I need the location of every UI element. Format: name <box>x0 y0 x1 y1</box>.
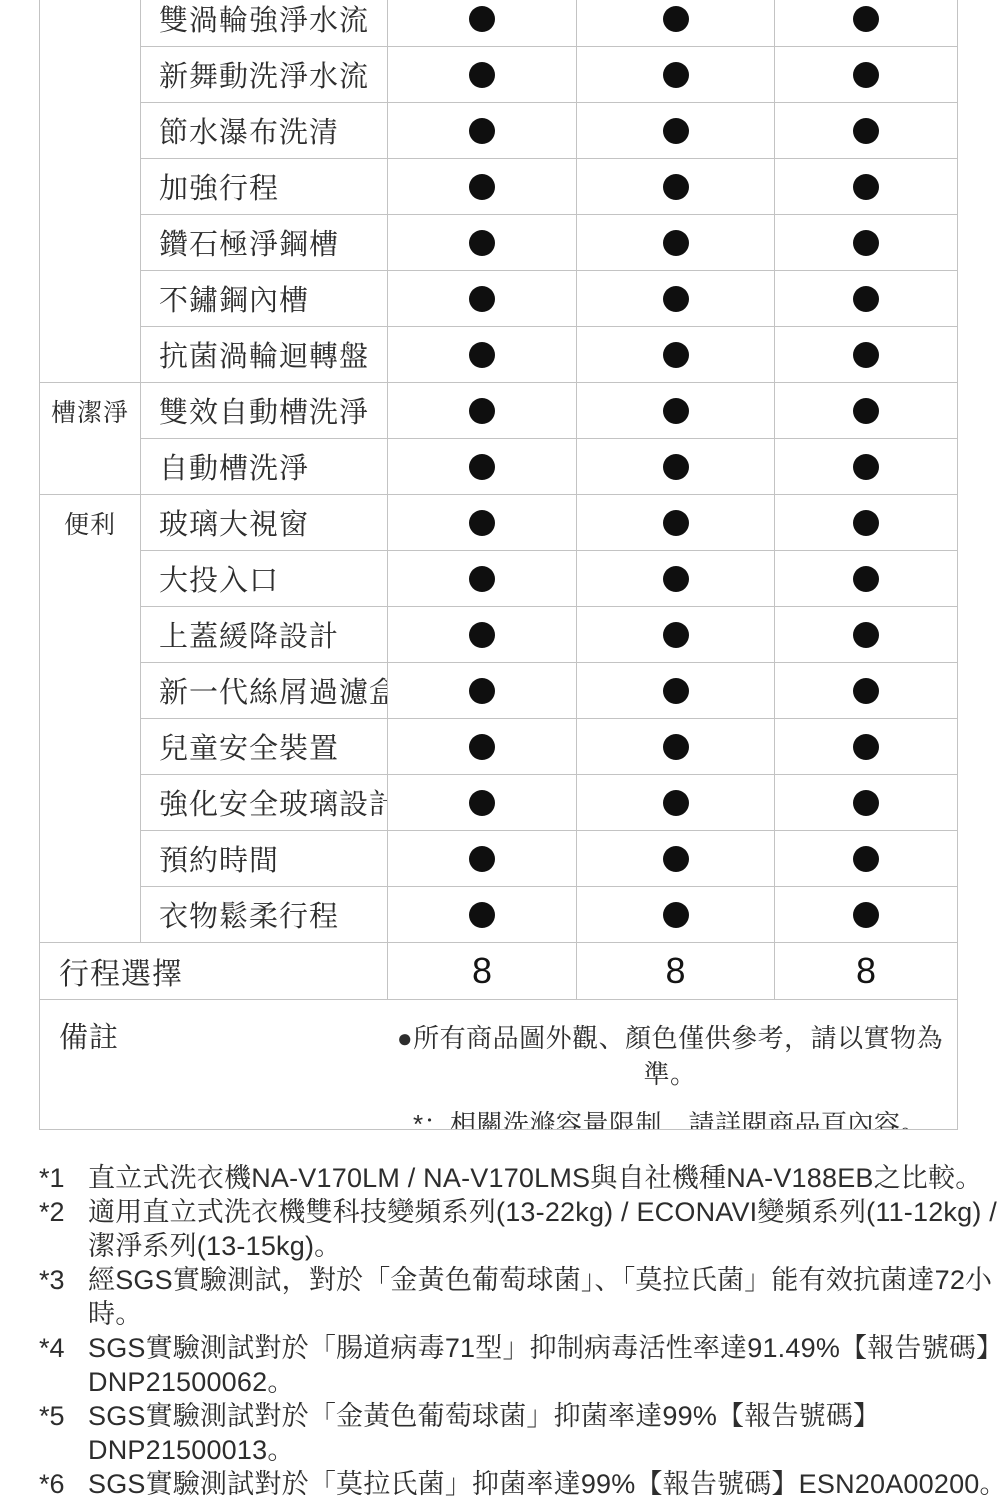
footnote-marker: *6 <box>39 1467 88 1500</box>
footnote-marker: *2 <box>39 1195 88 1263</box>
dot-cell <box>775 719 958 775</box>
feature-dot <box>663 118 689 144</box>
feature-dot <box>469 566 495 592</box>
feature-cell: 上蓋緩降設計 <box>141 607 388 663</box>
feature-cell: 預約時間 <box>141 831 388 887</box>
footnote-marker: *4 <box>39 1331 88 1399</box>
feature-cell: 強化安全玻璃設計 <box>141 775 388 831</box>
dot-cell <box>388 551 577 607</box>
footnote: *6SGS實驗測試對於「莫拉氏菌」抑菌率達99%【報告號碼】ESN20A0020… <box>39 1467 969 1500</box>
feature-dot <box>469 622 495 648</box>
footnote-line: SGS實驗測試對於「金黃色葡萄球菌」抑菌率達99%【報告號碼】 <box>88 1399 969 1433</box>
feature-dot <box>853 902 879 928</box>
dot-cell <box>775 103 958 159</box>
footnote-line: DNP21500062。 <box>88 1365 1000 1399</box>
feature-dot <box>853 678 879 704</box>
footnote-text: SGS實驗測試對於「莫拉氏菌」抑菌率達99%【報告號碼】ESN20A00200。 <box>88 1467 1000 1500</box>
dot-cell <box>388 607 577 663</box>
feature-dot <box>663 286 689 312</box>
footnote-marker: *1 <box>39 1161 88 1195</box>
dot-cell <box>775 383 958 439</box>
feature-cell: 衣物鬆柔行程 <box>141 887 388 943</box>
dot-cell <box>775 327 958 383</box>
feature-dot <box>853 230 879 256</box>
dot-cell <box>775 831 958 887</box>
footnote-text: SGS實驗測試對於「金黃色葡萄球菌」抑菌率達99%【報告號碼】DNP215000… <box>88 1399 969 1467</box>
footnote-line: 直立式洗衣機NA-V170LM / NA-V170LMS與自社機種NA-V188… <box>88 1161 982 1195</box>
feature-dot <box>853 454 879 480</box>
feature-cell: 大投入口 <box>141 551 388 607</box>
feature-dot <box>469 734 495 760</box>
dot-cell <box>577 103 775 159</box>
dot-cell <box>388 495 577 551</box>
feature-cell: 節水瀑布洗清 <box>141 103 388 159</box>
footnote-line: SGS實驗測試對於「腸道病毒71型」抑制病毒活性率達91.49%【報告號碼】 <box>88 1331 1000 1365</box>
program-count-value: 8 <box>577 943 775 1000</box>
dot-cell <box>388 0 577 47</box>
feature-dot <box>469 174 495 200</box>
dot-cell <box>577 159 775 215</box>
footnote-text: SGS實驗測試對於「腸道病毒71型」抑制病毒活性率達91.49%【報告號碼】DN… <box>88 1331 1000 1399</box>
feature-dot <box>853 62 879 88</box>
feature-cell: 新一代絲屑過濾盒 <box>141 663 388 719</box>
dot-cell <box>577 719 775 775</box>
feature-dot <box>853 118 879 144</box>
feature-cell: 抗菌渦輪迴轉盤 <box>141 327 388 383</box>
dot-cell <box>775 607 958 663</box>
feature-dot <box>853 286 879 312</box>
feature-dot <box>663 846 689 872</box>
feature-dot <box>663 678 689 704</box>
footnote-line: 潔淨系列(13-15kg)。 <box>88 1229 997 1263</box>
remarks-row: 備註●所有商品圖外觀、顏色僅供參考，請以實物為準。*：相關洗滌容量限制，請詳閱商… <box>40 1000 958 1130</box>
feature-dot <box>663 342 689 368</box>
footnote-line: SGS實驗測試對於「莫拉氏菌」抑菌率達99%【報告號碼】ESN20A00200。 <box>88 1467 1000 1500</box>
dot-cell <box>775 47 958 103</box>
dot-cell <box>388 887 577 943</box>
dot-cell <box>388 47 577 103</box>
feature-dot <box>663 398 689 424</box>
feature-dot <box>469 286 495 312</box>
category-cell: 便利 <box>40 495 141 943</box>
feature-dot <box>663 174 689 200</box>
feature-dot <box>853 846 879 872</box>
program-count-value: 8 <box>775 943 958 1000</box>
feature-dot <box>663 566 689 592</box>
feature-dot <box>663 902 689 928</box>
dot-cell <box>388 327 577 383</box>
feature-cell: 新舞動洗淨水流 <box>141 47 388 103</box>
feature-cell: 鑽石極淨鋼槽 <box>141 215 388 271</box>
dot-cell <box>775 215 958 271</box>
dot-cell <box>577 775 775 831</box>
dot-cell <box>577 439 775 495</box>
feature-dot <box>853 734 879 760</box>
category-cell <box>40 0 141 383</box>
footnote: *3經SGS實驗測試，對於「金黃色葡萄球菌」、「莫拉氏菌」能有效抗菌達72小時。 <box>39 1263 969 1331</box>
dot-cell <box>775 439 958 495</box>
feature-cell: 自動槽洗淨 <box>141 439 388 495</box>
feature-dot <box>853 342 879 368</box>
feature-dot <box>853 174 879 200</box>
footnotes: *1直立式洗衣機NA-V170LM / NA-V170LMS與自社機種NA-V1… <box>39 1161 969 1500</box>
footnote-line: 經SGS實驗測試，對於「金黃色葡萄球菌」、「莫拉氏菌」能有效抗菌達72小 <box>88 1263 992 1297</box>
feature-cell: 雙渦輪強淨水流 <box>141 0 388 47</box>
dot-cell <box>775 271 958 327</box>
dot-cell <box>388 719 577 775</box>
category-label: 槽潔淨 <box>51 383 129 439</box>
footnote-text: 經SGS實驗測試，對於「金黃色葡萄球菌」、「莫拉氏菌」能有效抗菌達72小時。 <box>88 1263 992 1331</box>
dot-cell <box>775 0 958 47</box>
footnote-text: 直立式洗衣機NA-V170LM / NA-V170LMS與自社機種NA-V188… <box>88 1161 982 1195</box>
feature-dot <box>469 230 495 256</box>
footnote: *2適用直立式洗衣機雙科技變頻系列(13-22kg) / ECONAVI變頻系列… <box>39 1195 969 1263</box>
program-row-label: 行程選擇 <box>40 943 388 1000</box>
remarks-line: ●所有商品圖外觀、顏色僅供參考，請以實物為準。 <box>387 1020 953 1092</box>
footnote: *5SGS實驗測試對於「金黃色葡萄球菌」抑菌率達99%【報告號碼】DNP2150… <box>39 1399 969 1467</box>
feature-dot <box>469 62 495 88</box>
dot-cell <box>388 215 577 271</box>
feature-dot <box>469 398 495 424</box>
dot-cell <box>577 495 775 551</box>
dot-cell <box>388 663 577 719</box>
feature-dot <box>663 454 689 480</box>
dot-cell <box>577 551 775 607</box>
dot-cell <box>388 271 577 327</box>
feature-dot <box>469 510 495 536</box>
dot-cell <box>577 47 775 103</box>
footnote-line: 時。 <box>88 1297 992 1331</box>
feature-cell: 雙效自動槽洗淨 <box>141 383 388 439</box>
feature-dot <box>663 622 689 648</box>
feature-dot <box>853 6 879 32</box>
dot-cell <box>577 271 775 327</box>
spec-comparison-table: 雙渦輪強淨水流新舞動洗淨水流節水瀑布洗清加強行程鑽石極淨鋼槽不鏽鋼內槽抗菌渦輪迴… <box>39 0 958 1130</box>
category-label: 便利 <box>64 495 116 551</box>
feature-dot <box>853 566 879 592</box>
feature-dot <box>853 790 879 816</box>
dot-cell <box>388 103 577 159</box>
dot-cell <box>775 775 958 831</box>
dot-cell <box>775 551 958 607</box>
dot-cell <box>388 439 577 495</box>
dot-cell <box>577 0 775 47</box>
dot-cell <box>388 775 577 831</box>
feature-dot <box>663 6 689 32</box>
dot-cell <box>775 663 958 719</box>
feature-cell: 玻璃大視窗 <box>141 495 388 551</box>
footnote-text: 適用直立式洗衣機雙科技變頻系列(13-22kg) / ECONAVI變頻系列(1… <box>88 1195 997 1263</box>
dot-cell <box>775 159 958 215</box>
remarks-line: *：相關洗滌容量限制，請詳閱商品頁內容。 <box>387 1106 953 1130</box>
feature-dot <box>469 454 495 480</box>
feature-dot <box>469 846 495 872</box>
remarks-content: ●所有商品圖外觀、顏色僅供參考，請以實物為準。*：相關洗滌容量限制，請詳閱商品頁… <box>387 1020 953 1130</box>
footnote: *1直立式洗衣機NA-V170LM / NA-V170LMS與自社機種NA-V1… <box>39 1161 969 1195</box>
footnote-line: DNP21500013。 <box>88 1433 969 1467</box>
remarks-label: 備註 <box>59 1020 119 1056</box>
feature-dot <box>663 790 689 816</box>
feature-cell: 不鏽鋼內槽 <box>141 271 388 327</box>
feature-dot <box>853 510 879 536</box>
feature-dot <box>663 734 689 760</box>
dot-cell <box>577 663 775 719</box>
feature-dot <box>469 790 495 816</box>
feature-dot <box>663 510 689 536</box>
footnote: *4SGS實驗測試對於「腸道病毒71型」抑制病毒活性率達91.49%【報告號碼】… <box>39 1331 969 1399</box>
dot-cell <box>388 383 577 439</box>
feature-cell: 加強行程 <box>141 159 388 215</box>
feature-dot <box>853 398 879 424</box>
footnote-marker: *5 <box>39 1399 88 1467</box>
dot-cell <box>775 495 958 551</box>
dot-cell <box>577 383 775 439</box>
feature-dot <box>469 118 495 144</box>
feature-dot <box>469 902 495 928</box>
feature-dot <box>469 342 495 368</box>
feature-cell: 兒童安全裝置 <box>141 719 388 775</box>
feature-dot <box>663 230 689 256</box>
footnote-marker: *3 <box>39 1263 88 1331</box>
dot-cell <box>775 887 958 943</box>
feature-dot <box>469 6 495 32</box>
dot-cell <box>577 327 775 383</box>
category-cell: 槽潔淨 <box>40 383 141 495</box>
dot-cell <box>577 831 775 887</box>
dot-cell <box>577 215 775 271</box>
feature-dot <box>663 62 689 88</box>
dot-cell <box>388 831 577 887</box>
dot-cell <box>577 607 775 663</box>
program-count-value: 8 <box>388 943 577 1000</box>
dot-cell <box>577 887 775 943</box>
feature-dot <box>853 622 879 648</box>
dot-cell <box>388 159 577 215</box>
feature-dot <box>469 678 495 704</box>
footnote-line: 適用直立式洗衣機雙科技變頻系列(13-22kg) / ECONAVI變頻系列(1… <box>88 1195 997 1229</box>
